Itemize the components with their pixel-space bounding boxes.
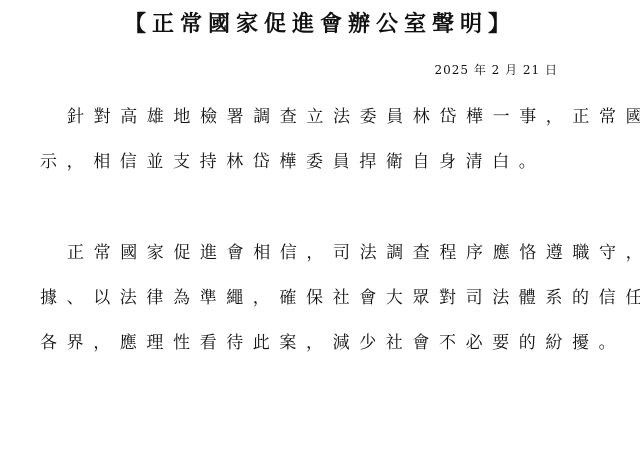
paragraph-2-line-3: 各界，應理性看待此案，減少社會不必要的紛擾。 [40,331,625,355]
paragraph-2-line-2: 據、以法律為準繩，確保社會大眾對司法體系的信任，也呼籲社會 [40,286,640,310]
paragraph-1-line-2: 示，相信並支持林岱樺委員捍衛自身清白。 [40,150,545,174]
paragraph-2-line-1: 正常國家促進會相信，司法調查程序應恪遵職守，以事實為依 [67,241,640,265]
document-title: 【正常國家促進會辦公室聲明】 [0,8,640,40]
paragraph-1-line-1: 針對高雄地檢署調查立法委員林岱樺一事，正常國家促進會表 [67,105,640,129]
document-date: 2025 年 2 月 21 日 [434,62,558,78]
